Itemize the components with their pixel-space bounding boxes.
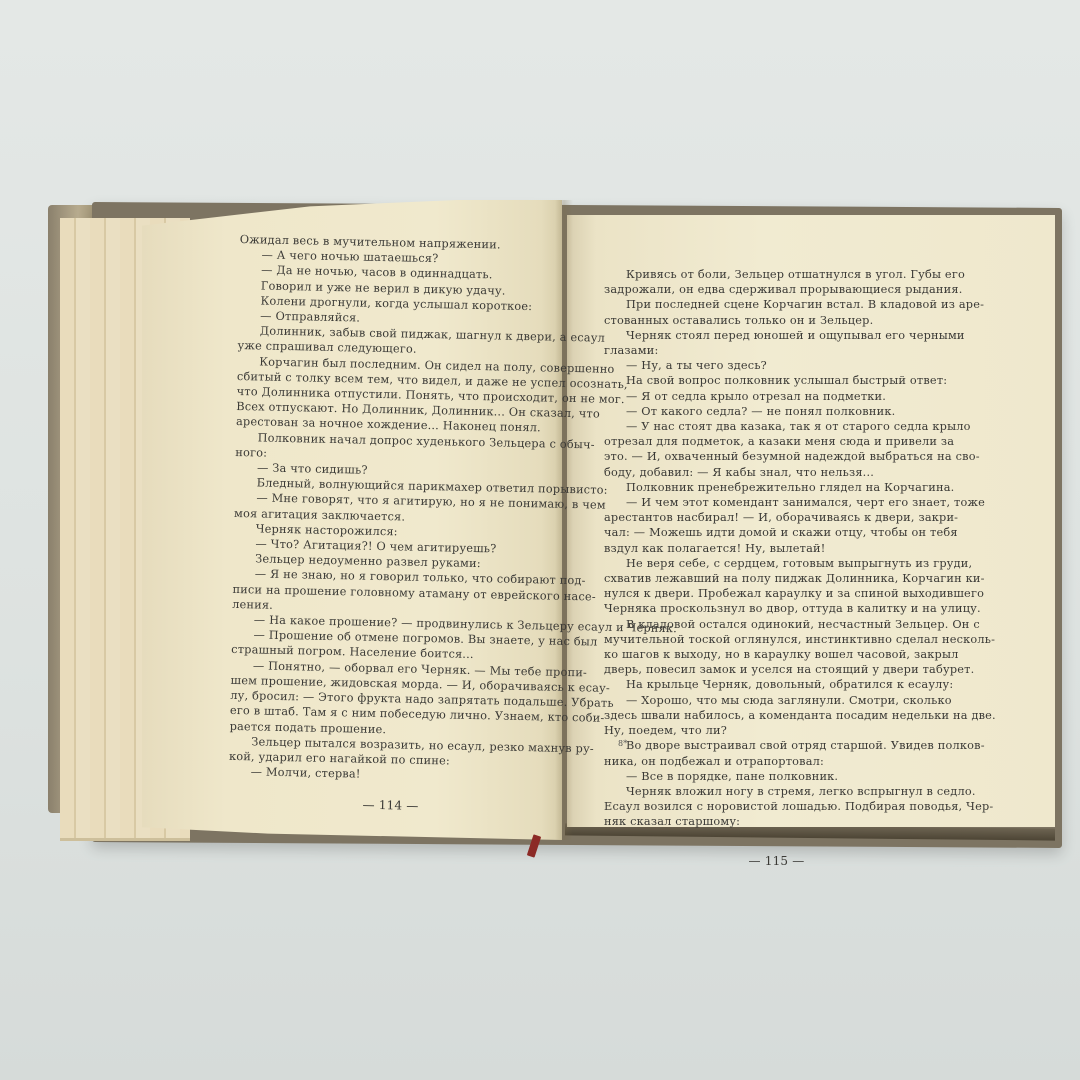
text-line: — И чем этот комендант занимался, черт е… <box>604 495 949 510</box>
text-line: — Хорошо, что мы сюда заглянули. Смотри,… <box>604 693 949 708</box>
text-line: арестантов насбирал! — И, оборачиваясь к… <box>604 510 949 525</box>
text-line: задрожали, он едва сдерживал прорывающие… <box>604 282 949 297</box>
text-line: дверь, повесил замок и уселся на стоящий… <box>604 662 949 677</box>
text-line: На свой вопрос полковник услышал быстрый… <box>604 373 949 388</box>
text-line: — Я от седла крыло отрезал на подметки. <box>604 389 949 404</box>
text-line: — У нас стоят два казака, так я от старо… <box>604 419 949 434</box>
text-line: вздул как полагается! Ну, вылетай! <box>604 541 949 556</box>
right-page-number: — 115 — <box>604 854 949 869</box>
text-line: ника, он подбежал и отрапортовал: <box>604 754 949 769</box>
text-line: На крыльце Черняк, довольный, обратился … <box>604 677 949 692</box>
text-line: Кривясь от боли, Зельцер отшатнулся в уг… <box>604 267 949 282</box>
right-page-lines: Кривясь от боли, Зельцер отшатнулся в уг… <box>604 267 949 830</box>
text-line: отрезал для подметок, а казаки меня сюда… <box>604 434 949 449</box>
text-line: боду, добавил: — Я кабы знал, что нельзя… <box>604 465 949 480</box>
text-line: мучительной тоской оглянулся, инстинктив… <box>604 632 949 647</box>
text-line: ко шагов к выходу, но в караулку вошел ч… <box>604 647 949 662</box>
text-line: Черняк вложил ногу в стремя, легко вспры… <box>604 784 949 799</box>
text-line: При последней сцене Корчагин встал. В кл… <box>604 297 949 312</box>
text-line: — Ну, а ты чего здесь? <box>604 358 949 373</box>
text-line: В кладовой остался одинокий, несчастный … <box>604 617 949 632</box>
text-line: Есаул возился с норовистой лошадью. Подб… <box>604 799 949 814</box>
text-line: Полковник пренебрежительно глядел на Кор… <box>604 480 949 495</box>
text-line: Черняка проскользнул во двор, оттуда в к… <box>604 601 949 616</box>
text-line: глазами: <box>604 343 949 358</box>
text-line: — От какого седла? — не понял полковник. <box>604 404 949 419</box>
text-line: стованных оставались только он и Зельцер… <box>604 313 949 328</box>
text-line: Черняк стоял перед юношей и ощупывал его… <box>604 328 949 343</box>
text-line: — Все в порядке, пане полковник. <box>604 769 949 784</box>
left-page-text: Ожидал весь в мучительном напряжении.— А… <box>228 232 565 817</box>
text-line: схватив лежавший на полу пиджак Долинник… <box>604 571 949 586</box>
text-line: няк сказал старшому: <box>604 814 949 829</box>
signature-mark: 8* <box>618 739 627 748</box>
text-line: здесь швали набилось, а коменданта посад… <box>604 708 949 723</box>
left-page-lines: Ожидал весь в мучительном напряжении.— А… <box>229 232 565 786</box>
right-page-text: Кривясь от боли, Зельцер отшатнулся в уг… <box>604 267 949 869</box>
text-line: нулся к двери. Пробежал караулку и за сп… <box>604 586 949 601</box>
text-line: Ну, поедем, что ли? <box>604 723 949 738</box>
text-line: Во дворе выстраивал свой отряд старшой. … <box>604 738 949 753</box>
text-line: Не веря себе, с сердцем, готовым выпрыгн… <box>604 556 949 571</box>
text-line: это. — И, охваченный безумной надеждой в… <box>604 449 949 464</box>
text-line: чал: — Можешь идти домой и скажи отцу, ч… <box>604 525 949 540</box>
